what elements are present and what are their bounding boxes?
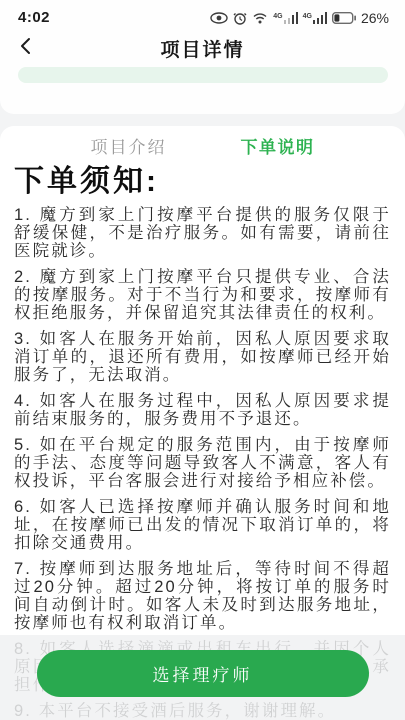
notice-paragraph: 6. 如客人已选择按摩师并确认服务时间和地址，在按摩师已出发的情况下取消订单的，… (14, 498, 391, 552)
app-screen: 4:02 (0, 0, 405, 720)
header: 项目详情 (0, 31, 405, 65)
status-bar: 4:02 (0, 0, 405, 28)
wifi-icon (252, 12, 268, 24)
notice-paragraph: 3. 如客人在服务开始前，因私人原因要求取消订单的，退还所有费用，如按摩师已经开… (14, 330, 391, 384)
notice-heading: 下单须知: (14, 164, 391, 200)
notice-paragraph: 4. 如客人在服务过程中，因私人原因要求提前结束服务的，服务费用不予退还。 (14, 392, 391, 428)
detail-card: 项目介绍 下单说明 下单须知: 1. 魔方到家上门按摩平台提供的服务仅限于舒缓保… (0, 126, 405, 720)
network-label: 4G (303, 13, 312, 20)
eye-icon (210, 12, 228, 24)
battery-percent: 26% (361, 10, 389, 26)
promo-banner (18, 67, 388, 83)
tab-project-intro[interactable]: 项目介绍 (91, 133, 167, 158)
status-icons: 4G 4G (210, 10, 389, 26)
alarm-icon (233, 11, 247, 25)
battery-icon (332, 12, 356, 24)
signal-4g-icon-2: 4G (303, 12, 327, 24)
notice-paragraph: 2. 魔方到家上门按摩平台只提供专业、合法的按摩服务。对于不当行为和要求，按摩师… (14, 268, 391, 322)
tab-order-instructions[interactable]: 下单说明 (241, 133, 315, 158)
tab-bar: 项目介绍 下单说明 (0, 126, 405, 164)
notice-paragraph: 1. 魔方到家上门按摩平台提供的服务仅限于舒缓保健，不是治疗服务。如有需要，请前… (14, 206, 391, 260)
status-time: 4:02 (18, 9, 50, 26)
network-label: 4G (273, 13, 282, 20)
notice-paragraph: 7. 按摩师到达服务地址后，等待时间不得超过20分钟。超过20分钟，将按订单的服… (14, 560, 391, 632)
top-card: 4:02 (0, 0, 405, 114)
page-title: 项目详情 (0, 35, 405, 62)
bottom-action-bar: 选择理疗师 (0, 635, 405, 720)
notice-paragraph: 5. 如在平台规定的服务范围内，由于按摩师的手法、态度等问题导致客人不满意，客人… (14, 436, 391, 490)
select-therapist-button[interactable]: 选择理疗师 (37, 650, 369, 697)
signal-4g-icon-1: 4G (273, 12, 297, 24)
